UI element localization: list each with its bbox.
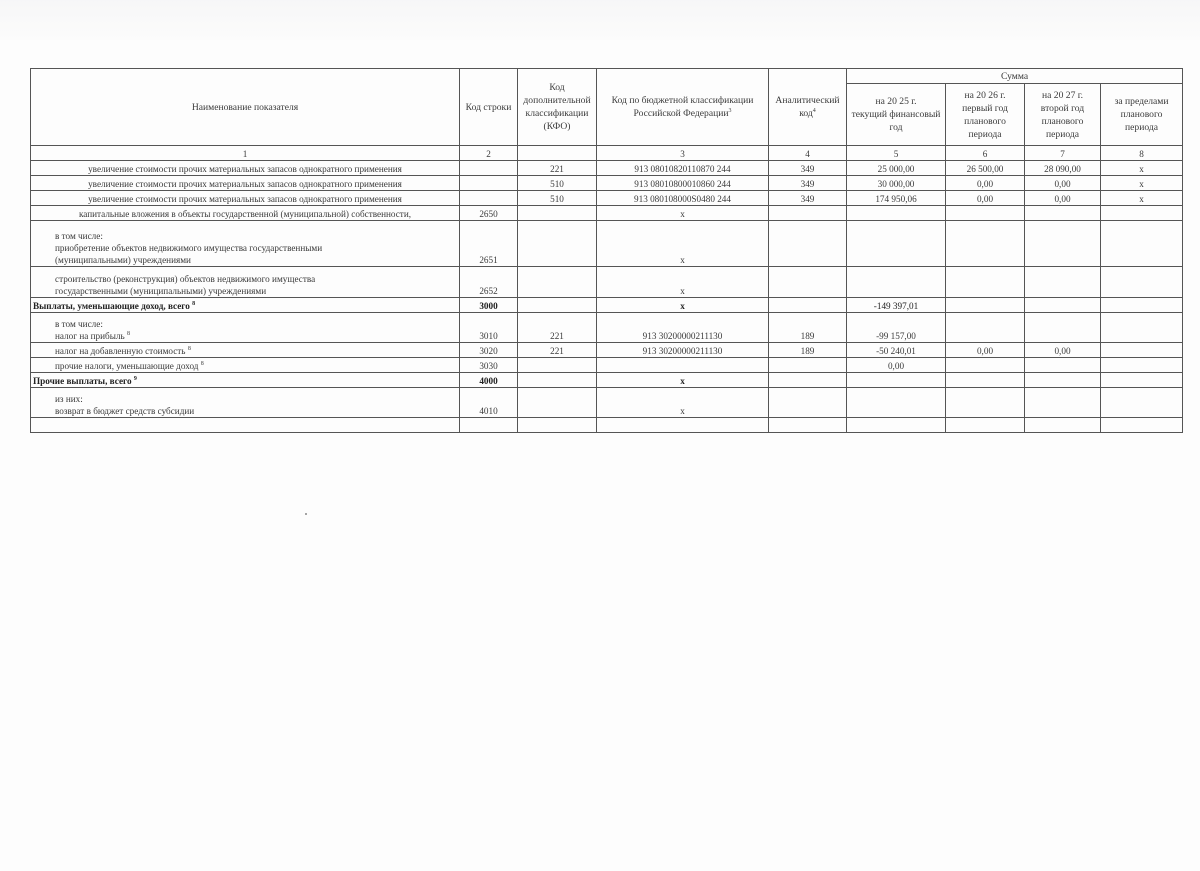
row-budget-code: x — [597, 206, 769, 221]
table-row-total: Выплаты, уменьшающие доход, всего 8 3000… — [31, 298, 1183, 313]
row-y1 — [847, 221, 946, 267]
row-budget-code — [597, 358, 769, 373]
col-num: 4 — [769, 146, 847, 161]
col-num: 8 — [1101, 146, 1183, 161]
row-budget-code: 913 08010820110870 244 — [597, 161, 769, 176]
col-num: 2 — [460, 146, 518, 161]
row-name: в том числе:приобретение объектов недвиж… — [31, 221, 460, 267]
header-budget-code: Код по бюджетной классификации Российско… — [597, 69, 769, 146]
row-analytic: 189 — [769, 343, 847, 358]
column-numbers-row: 1 2 3 4 5 6 7 8 — [31, 146, 1183, 161]
row-y2 — [946, 298, 1025, 313]
row-budget-code — [597, 418, 769, 433]
row-budget-code: 913 080108000S0480 244 — [597, 191, 769, 206]
row-y1: 25 000,00 — [847, 161, 946, 176]
header-beyond: за пределами планового периода — [1101, 84, 1183, 146]
table-row: из них:возврат в бюджет средств субсидии… — [31, 388, 1183, 418]
row-y3 — [1025, 373, 1101, 388]
row-code — [460, 161, 518, 176]
row-code: 2651 — [460, 221, 518, 267]
table-row: в том числе:налог на прибыль 8 3010 221 … — [31, 313, 1183, 343]
row-y1 — [847, 206, 946, 221]
row-beyond — [1101, 358, 1183, 373]
col-num: 6 — [946, 146, 1025, 161]
row-code: 3010 — [460, 313, 518, 343]
row-budget-code: 913 08010800010860 244 — [597, 176, 769, 191]
scan-speck — [305, 513, 307, 515]
row-analytic — [769, 267, 847, 298]
row-y2 — [946, 206, 1025, 221]
row-y3 — [1025, 206, 1101, 221]
col-num: 7 — [1025, 146, 1101, 161]
row-y1 — [847, 267, 946, 298]
row-budget-code: x — [597, 373, 769, 388]
row-y2 — [946, 267, 1025, 298]
row-analytic — [769, 373, 847, 388]
header-year-2027: на 20 27 г.второй год планового периода — [1025, 84, 1101, 146]
row-y2 — [946, 313, 1025, 343]
row-y1: -99 157,00 — [847, 313, 946, 343]
col-num: 3 — [597, 146, 769, 161]
row-y1 — [847, 373, 946, 388]
table-row: строительство (реконструкция) объектов н… — [31, 267, 1183, 298]
row-kfo — [518, 388, 597, 418]
row-name: прочие налоги, уменьшающие доход 8 — [31, 358, 460, 373]
table-row-total: Прочие выплаты, всего 9 4000 x — [31, 373, 1183, 388]
row-analytic — [769, 418, 847, 433]
row-kfo: 221 — [518, 313, 597, 343]
row-code: 3000 — [460, 298, 518, 313]
row-y3: 28 090,00 — [1025, 161, 1101, 176]
row-beyond — [1101, 343, 1183, 358]
row-name: из них:возврат в бюджет средств субсидии — [31, 388, 460, 418]
row-y3 — [1025, 418, 1101, 433]
row-beyond: x — [1101, 191, 1183, 206]
header-analytic-code: Аналитический код4 — [769, 69, 847, 146]
row-y3 — [1025, 358, 1101, 373]
row-kfo — [518, 221, 597, 267]
row-budget-code: x — [597, 298, 769, 313]
header-year-2025: на 20 25 г.текущий финансовый год — [847, 84, 946, 146]
row-y2: 0,00 — [946, 343, 1025, 358]
row-kfo: 221 — [518, 161, 597, 176]
row-analytic — [769, 358, 847, 373]
row-kfo — [518, 298, 597, 313]
row-y3 — [1025, 388, 1101, 418]
row-name: увеличение стоимости прочих материальных… — [31, 176, 460, 191]
row-y3 — [1025, 298, 1101, 313]
row-y1: 174 950,06 — [847, 191, 946, 206]
row-budget-code: x — [597, 221, 769, 267]
row-analytic: 189 — [769, 313, 847, 343]
row-kfo — [518, 206, 597, 221]
row-name: Выплаты, уменьшающие доход, всего 8 — [31, 298, 460, 313]
table-row: прочие налоги, уменьшающие доход 8 3030 … — [31, 358, 1183, 373]
row-kfo — [518, 358, 597, 373]
row-y1 — [847, 388, 946, 418]
row-name: увеличение стоимости прочих материальных… — [31, 161, 460, 176]
financial-plan-table: Наименование показателя Код строки Код д… — [30, 68, 1183, 433]
row-y3 — [1025, 267, 1101, 298]
row-code: 4010 — [460, 388, 518, 418]
row-beyond — [1101, 388, 1183, 418]
header-row-code: Код строки — [460, 69, 518, 146]
row-name: увеличение стоимости прочих материальных… — [31, 191, 460, 206]
col-num: 1 — [31, 146, 460, 161]
row-y2: 26 500,00 — [946, 161, 1025, 176]
row-y3: 0,00 — [1025, 191, 1101, 206]
row-name: налог на добавленную стоимость 8 — [31, 343, 460, 358]
row-name: капитальные вложения в объекты государст… — [31, 206, 460, 221]
row-y1: 0,00 — [847, 358, 946, 373]
table-row: увеличение стоимости прочих материальных… — [31, 191, 1183, 206]
row-code — [460, 176, 518, 191]
row-name: Прочие выплаты, всего 9 — [31, 373, 460, 388]
row-code: 2650 — [460, 206, 518, 221]
row-analytic — [769, 221, 847, 267]
row-analytic: 349 — [769, 191, 847, 206]
row-y2 — [946, 221, 1025, 267]
row-y2: 0,00 — [946, 191, 1025, 206]
row-code: 3020 — [460, 343, 518, 358]
row-kfo — [518, 373, 597, 388]
col-num — [518, 146, 597, 161]
header-name: Наименование показателя — [31, 69, 460, 146]
row-y2 — [946, 358, 1025, 373]
row-beyond — [1101, 267, 1183, 298]
row-code — [460, 418, 518, 433]
row-y3 — [1025, 313, 1101, 343]
row-kfo: 510 — [518, 176, 597, 191]
row-code: 4000 — [460, 373, 518, 388]
row-beyond: x — [1101, 176, 1183, 191]
table-row-empty — [31, 418, 1183, 433]
row-code: 2652 — [460, 267, 518, 298]
row-name: в том числе:налог на прибыль 8 — [31, 313, 460, 343]
row-code — [460, 191, 518, 206]
row-budget-code: 913 30200000211130 — [597, 343, 769, 358]
row-beyond — [1101, 418, 1183, 433]
row-y2: 0,00 — [946, 176, 1025, 191]
row-beyond — [1101, 298, 1183, 313]
row-budget-code: x — [597, 267, 769, 298]
row-kfo: 221 — [518, 343, 597, 358]
table-row: увеличение стоимости прочих материальных… — [31, 161, 1183, 176]
row-y3: 0,00 — [1025, 343, 1101, 358]
row-y1: -149 397,01 — [847, 298, 946, 313]
row-y1: -50 240,01 — [847, 343, 946, 358]
row-kfo — [518, 418, 597, 433]
row-budget-code: 913 30200000211130 — [597, 313, 769, 343]
row-analytic: 349 — [769, 176, 847, 191]
table-row: увеличение стоимости прочих материальных… — [31, 176, 1183, 191]
header-kfo: Код дополнительной классификации (КФО) — [518, 69, 597, 146]
row-y3: 0,00 — [1025, 176, 1101, 191]
row-kfo — [518, 267, 597, 298]
row-name — [31, 418, 460, 433]
row-name: строительство (реконструкция) объектов н… — [31, 267, 460, 298]
row-beyond — [1101, 313, 1183, 343]
scan-shading — [0, 0, 1200, 40]
row-beyond — [1101, 206, 1183, 221]
row-y2 — [946, 373, 1025, 388]
row-y1: 30 000,00 — [847, 176, 946, 191]
header-sum: Сумма — [847, 69, 1183, 84]
row-beyond — [1101, 373, 1183, 388]
row-budget-code: x — [597, 388, 769, 418]
row-analytic — [769, 298, 847, 313]
row-analytic — [769, 206, 847, 221]
row-analytic — [769, 388, 847, 418]
row-kfo: 510 — [518, 191, 597, 206]
row-beyond — [1101, 221, 1183, 267]
table-row: в том числе:приобретение объектов недвиж… — [31, 221, 1183, 267]
col-num: 5 — [847, 146, 946, 161]
row-y1 — [847, 418, 946, 433]
header-year-2026: на 20 26 г.первый год планового периода — [946, 84, 1025, 146]
table-row: налог на добавленную стоимость 8 3020 22… — [31, 343, 1183, 358]
row-y3 — [1025, 221, 1101, 267]
row-y2 — [946, 388, 1025, 418]
table-row: капитальные вложения в объекты государст… — [31, 206, 1183, 221]
row-analytic: 349 — [769, 161, 847, 176]
row-beyond: x — [1101, 161, 1183, 176]
row-y2 — [946, 418, 1025, 433]
row-code: 3030 — [460, 358, 518, 373]
